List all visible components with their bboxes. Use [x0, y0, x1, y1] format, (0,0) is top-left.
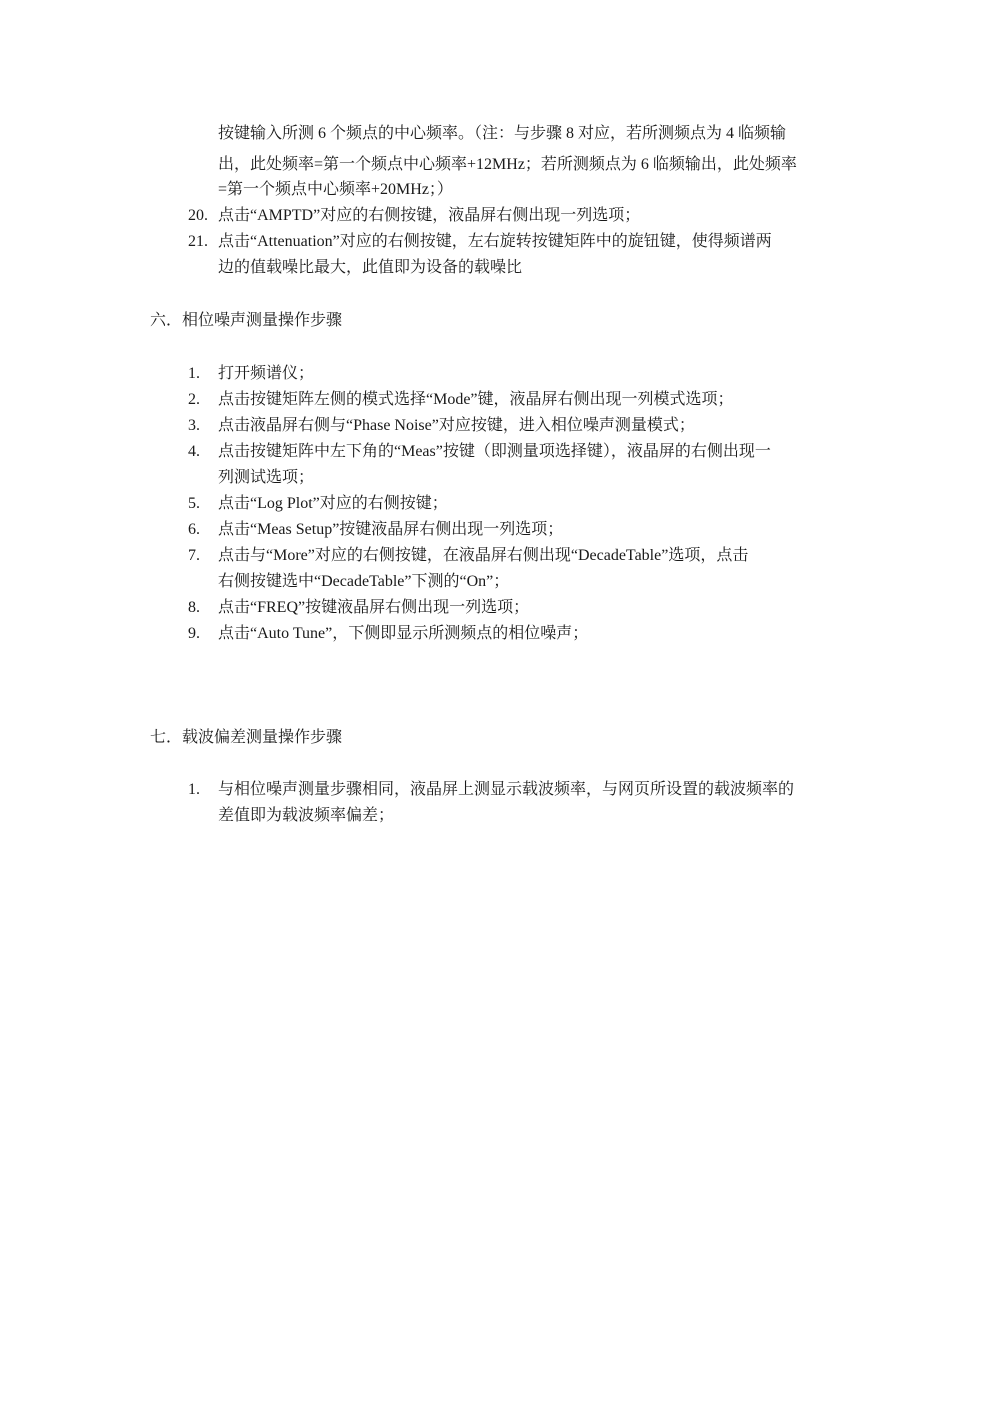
step-number: 8.	[188, 598, 200, 618]
step-text: 点击“Meas Setup”按键液晶屏右侧出现一列选项；	[218, 520, 563, 540]
step-text: 打开频谱仪；	[218, 364, 314, 384]
step-number: 5.	[188, 494, 200, 514]
step-number: 21.	[188, 232, 208, 252]
step-text: 点击“Log Plot”对应的右侧按键；	[218, 494, 448, 514]
step-text: 右侧按键选中“DecadeTable”下测的“On”；	[218, 572, 509, 592]
step-text: 列测试选项；	[218, 468, 314, 488]
step-text: 点击“Auto Tune”，下侧即显示所测频点的相位噪声；	[218, 624, 588, 644]
step-number: 2.	[188, 390, 200, 410]
step-text: 点击“Attenuation”对应的右侧按键，左右旋转按键矩阵中的旋钮键，使得频…	[218, 232, 772, 252]
step-number: 7.	[188, 546, 200, 566]
step-number: 6.	[188, 520, 200, 540]
section-heading: 六．相位噪声测量操作步骤	[150, 311, 342, 331]
continuation-line: 出，此处频率=第一个频点中心频率+12MHz；若所测频点为 6 临频输出，此处频…	[218, 155, 797, 175]
step-number: 1.	[188, 364, 200, 384]
step-text: 点击液晶屏右侧与“Phase Noise”对应按键，进入相位噪声测量模式；	[218, 416, 695, 436]
step-text: 与相位噪声测量步骤相同，液晶屏上测显示载波频率，与网页所设置的载波频率的	[218, 780, 794, 800]
step-number: 3.	[188, 416, 200, 436]
step-number: 1.	[188, 780, 200, 800]
step-text: 点击与“More”对应的右侧按键，在液晶屏右侧出现“DecadeTable”选项…	[218, 546, 748, 566]
continuation-line: =第一个频点中心频率+20MHz；）	[218, 180, 453, 200]
step-number: 9.	[188, 624, 200, 644]
step-text: 点击“FREQ”按键液晶屏右侧出现一列选项；	[218, 598, 529, 618]
section-heading: 七．载波偏差测量操作步骤	[150, 728, 342, 748]
step-text: 边的值载噪比最大，此值即为设备的载噪比	[218, 258, 522, 278]
continuation-line: 按键输入所测 6 个频点的中心频率。（注：与步骤 8 对应，若所测频点为 4 临…	[218, 124, 786, 144]
step-text: 点击“AMPTD”对应的右侧按键，液晶屏右侧出现一列选项；	[218, 206, 640, 226]
step-number: 4.	[188, 442, 200, 462]
step-text: 差值即为载波频率偏差；	[218, 806, 394, 826]
step-text: 点击按键矩阵左侧的模式选择“Mode”键，液晶屏右侧出现一列模式选项；	[218, 390, 734, 410]
step-text: 点击按键矩阵中左下角的“Meas”按键（即测量项选择键），液晶屏的右侧出现一	[218, 442, 771, 462]
step-number: 20.	[188, 206, 208, 226]
